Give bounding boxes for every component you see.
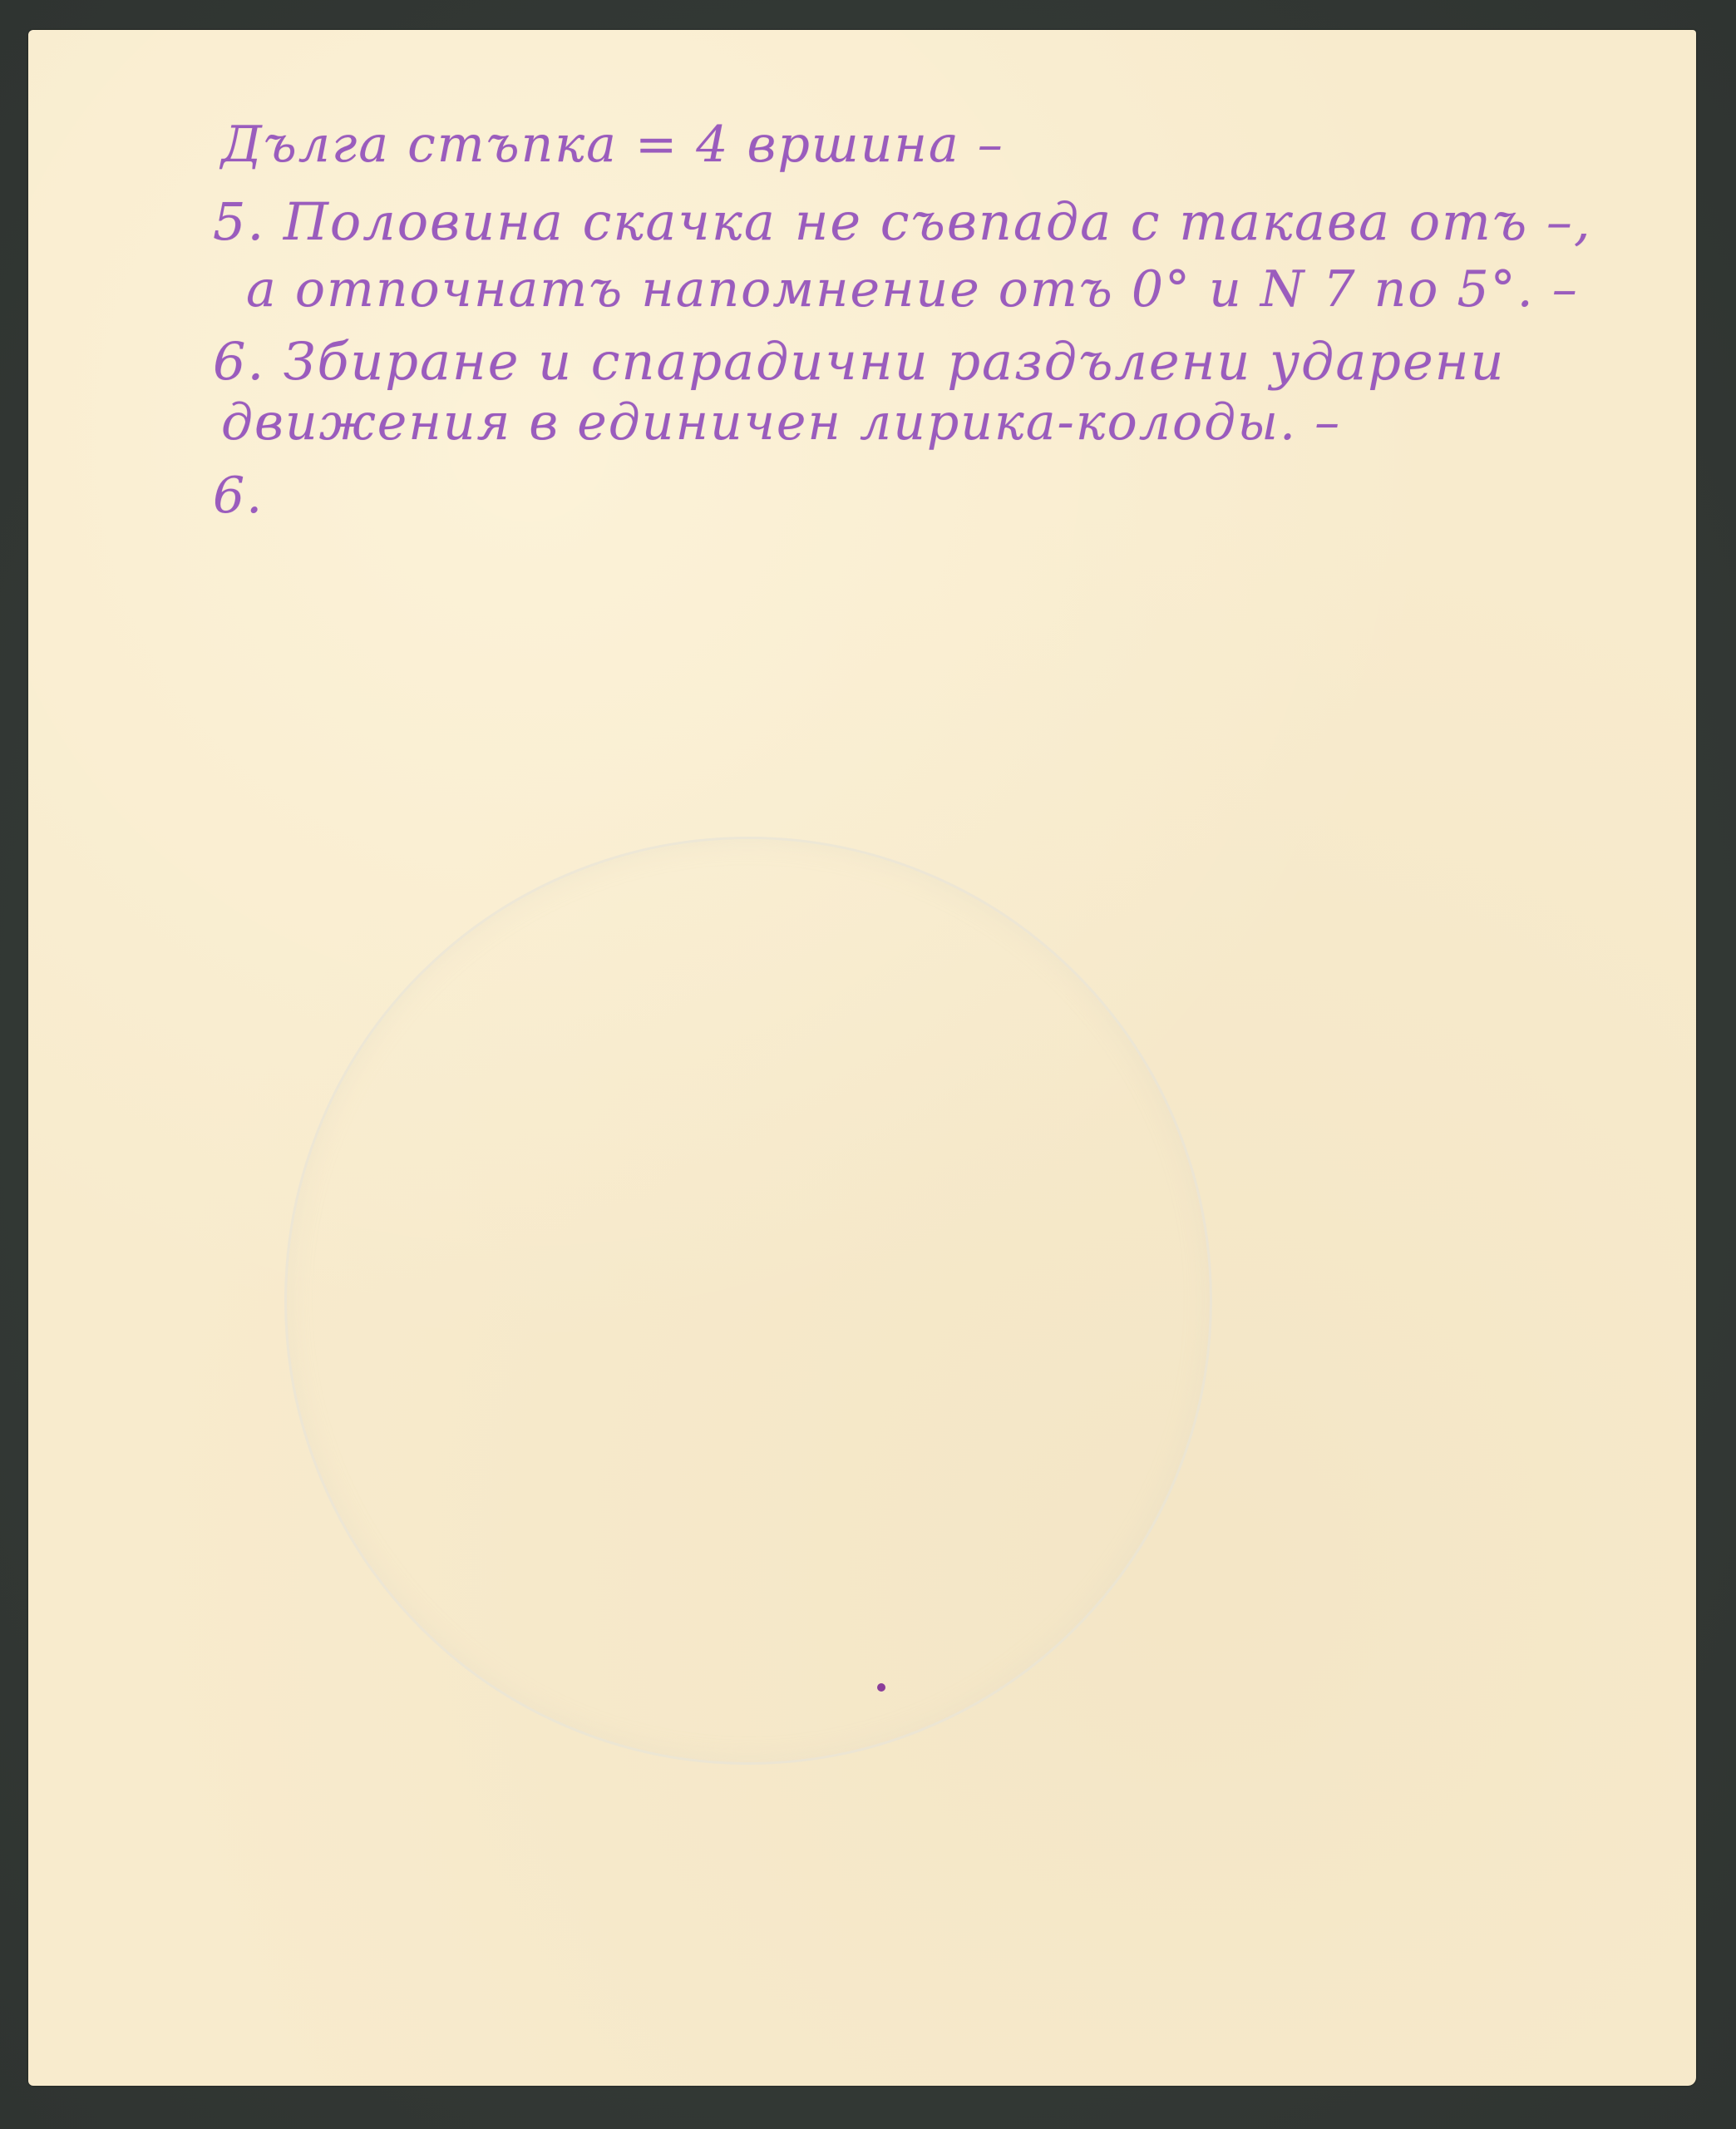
handwritten-line-6: 6.: [213, 471, 264, 521]
handwritten-line-4: 6. Збиране и спарадични раздълени ударен…: [213, 336, 1505, 388]
handwritten-line-5: движения в единичен лирика-колоды. –: [221, 398, 1341, 447]
manuscript-page: Дълга стъпка = 4 вршина – 5. Половина ск…: [28, 30, 1696, 2086]
handwritten-text-block: Дълга стъпка = 4 вршина – 5. Половина ск…: [28, 30, 1696, 2086]
ink-dot: [877, 1683, 885, 1692]
handwritten-line-1: Дълга стъпка = 4 вршина –: [221, 120, 1004, 170]
handwritten-line-3: а отпочнатъ напомнение отъ 0° и N 7 по 5…: [246, 264, 1579, 314]
handwritten-line-2: 5. Половина скачка не съвпада с такава о…: [213, 196, 1592, 248]
